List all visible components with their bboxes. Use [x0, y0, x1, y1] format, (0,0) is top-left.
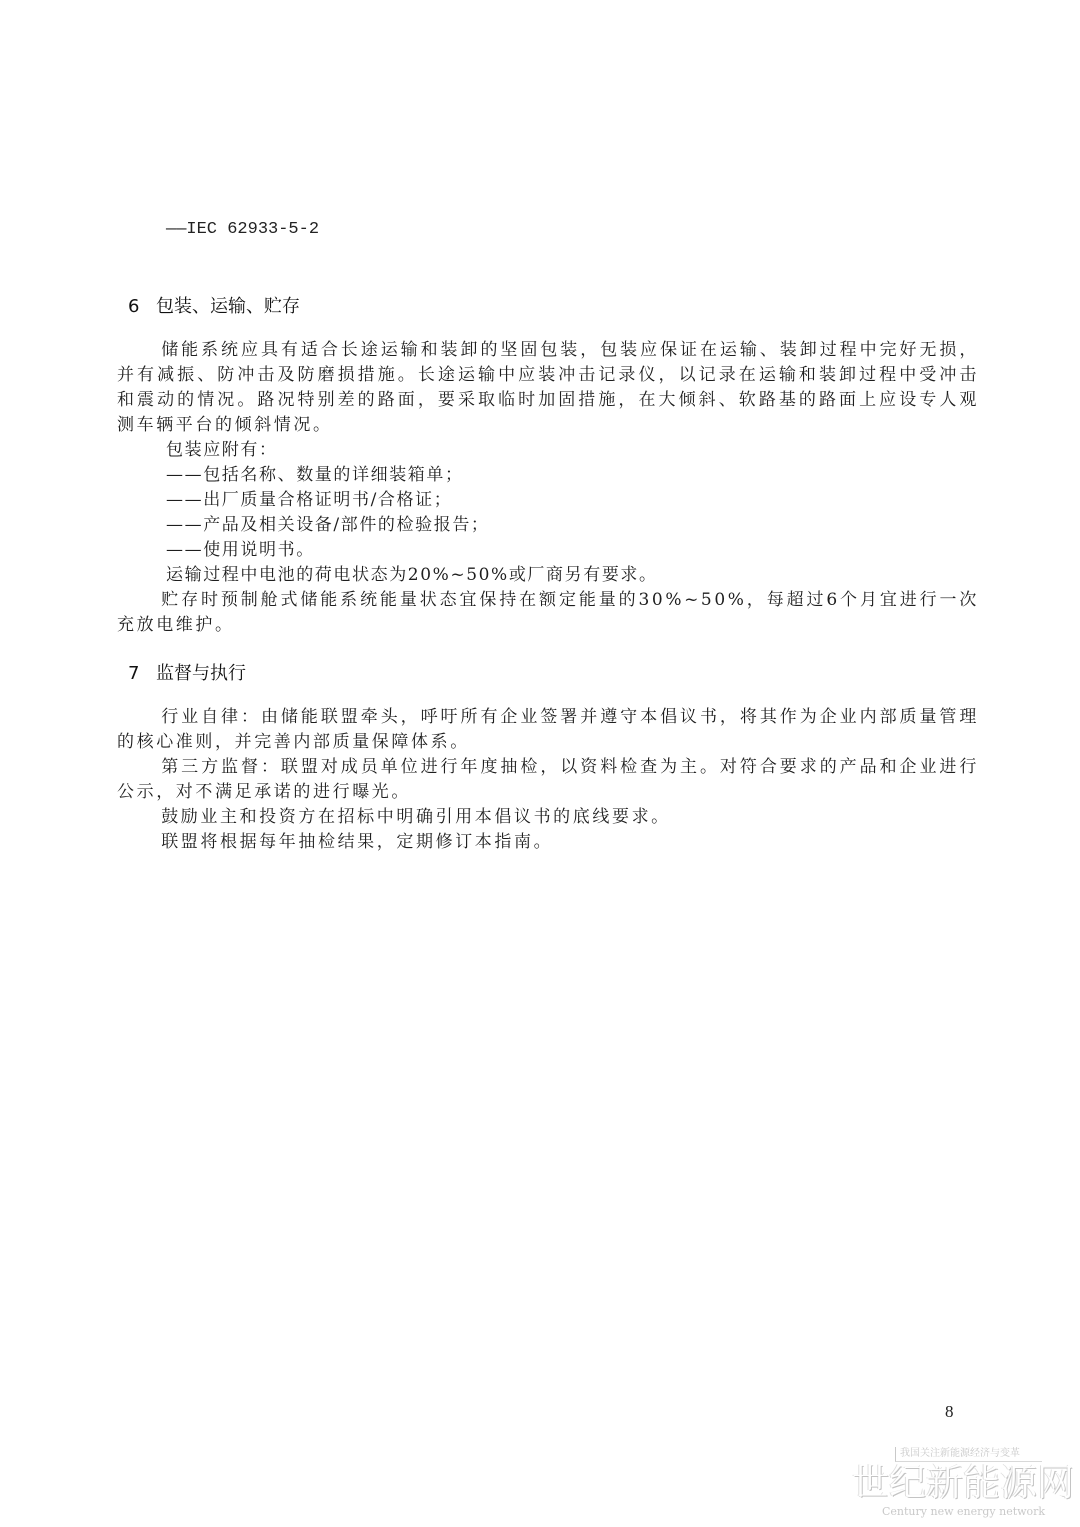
packaging-label: 包装应附有： [166, 438, 278, 463]
section-number: 7 [128, 663, 156, 684]
packaging-item: ——出厂质量合格证明书/合格证； [166, 488, 452, 513]
watermark: 我国关注新能源经济与变革 世纪新能源网 Century new energy n… [850, 1447, 1075, 1527]
section-title: 监督与执行 [156, 663, 246, 684]
watermark-tagline: 我国关注新能源经济与变革 [895, 1447, 1042, 1462]
packaging-item: ——包括名称、数量的详细装箱单； [166, 463, 464, 488]
storage-note-paragraph: 贮存时预制舱式储能系统能量状态宜保持在额定能量的30%~50%，每超过6个月宜进… [117, 588, 979, 638]
third-party-supervision-paragraph: 第三方监督：联盟对成员单位进行年度抽检，以资料检查为主。对符合要求的产品和企业进… [117, 755, 979, 805]
owner-investor-paragraph: 鼓励业主和投资方在招标中明确引用本倡议书的底线要求。 [117, 805, 979, 830]
section-7-heading: 7监督与执行 [128, 659, 246, 685]
page-number: 8 [945, 1402, 954, 1422]
document-page: ——IEC 62933-5-2 6包装、运输、贮存 储能系统应具有适合长途运输和… [0, 0, 1080, 1527]
revision-paragraph: 联盟将根据每年抽检结果，定期修订本指南。 [117, 830, 979, 855]
section-number: 6 [128, 296, 156, 317]
section-title: 包装、运输、贮存 [156, 296, 300, 317]
section-6-intro-paragraph: 储能系统应具有适合长途运输和装卸的坚固包装，包装应保证在运输、装卸过程中完好无损… [117, 338, 979, 438]
packaging-item: ——产品及相关设备/部件的检验报告； [166, 513, 490, 538]
self-regulation-paragraph: 行业自律：由储能联盟牵头，呼吁所有企业签署并遵守本倡议书，将其作为企业内部质量管… [117, 705, 979, 755]
watermark-brand: 世纪新能源网 [852, 1463, 1074, 1503]
watermark-subtitle: Century new energy network [882, 1505, 1045, 1518]
packaging-item: ——使用说明书。 [166, 538, 315, 563]
transport-soc-note: 运输过程中电池的荷电状态为20%~50%或厂商另有要求。 [166, 563, 658, 588]
section-6-heading: 6包装、运输、贮存 [128, 292, 300, 318]
standard-reference: ——IEC 62933-5-2 [166, 220, 319, 239]
